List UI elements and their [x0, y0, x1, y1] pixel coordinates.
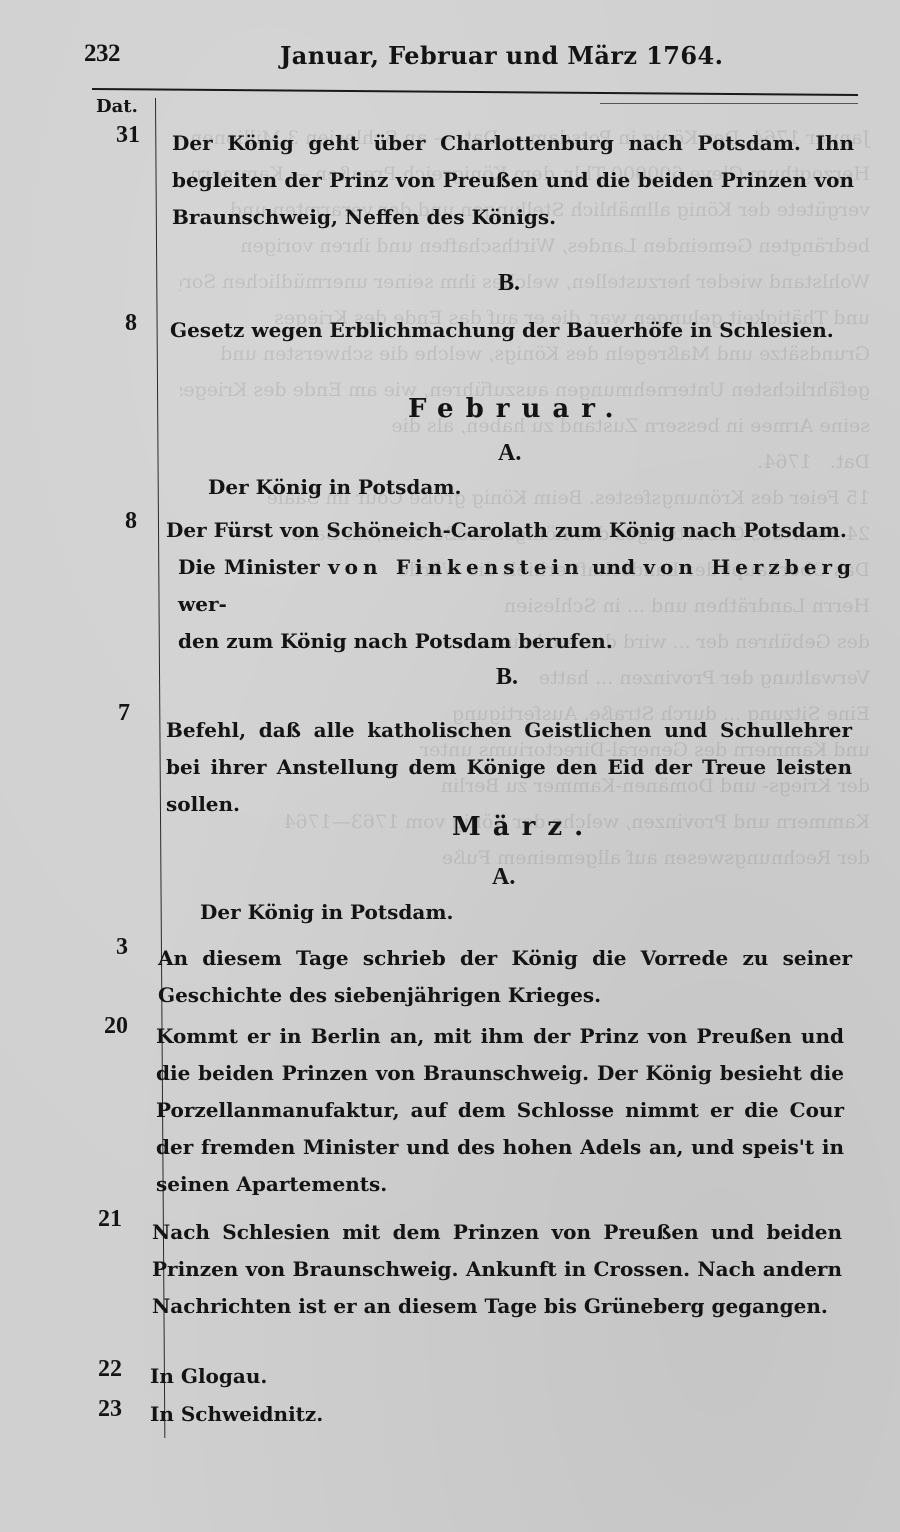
entry-text: In Glogau. — [150, 1358, 840, 1395]
entry-text-line: Der Fürst von Schöneich-Carolath zum Kön… — [166, 512, 856, 549]
person-name: von Herzberg — [643, 555, 856, 579]
page-header: 232 Januar, Februar und März 1764. — [84, 36, 856, 76]
section-letter-a: A. — [492, 864, 515, 891]
header-rule-thin — [600, 103, 858, 104]
person-name: von Finkenstein — [328, 555, 584, 579]
scanned-book-page: Januar 1764. Der König in Potsdam — Dat.… — [0, 0, 900, 1532]
entry-day: 7 — [80, 700, 130, 727]
entry-text-line: Die Minister von Finkenstein und von Her… — [166, 549, 856, 623]
entry-text: Der Fürst von Schöneich-Carolath zum Kön… — [166, 512, 856, 660]
entry-day: 8 — [87, 310, 137, 337]
entry-day: 31 — [90, 122, 140, 149]
entry-text: Kommt er in Berlin an, mit ihm der Prinz… — [156, 1018, 844, 1203]
entry-day: 8 — [87, 508, 137, 535]
entry-text: In Schweidnitz. — [150, 1396, 840, 1433]
entry-day: 22 — [72, 1356, 122, 1383]
entry-text: Der König geht über Charlottenburg nach … — [172, 125, 854, 236]
page-number: 232 — [84, 40, 120, 68]
entry-day: 3 — [78, 934, 128, 961]
section-subheading: Der König in Potsdam. — [208, 475, 461, 499]
section-letter-a: A. — [498, 440, 521, 467]
entry-day: 21 — [72, 1206, 122, 1233]
entry-day: 20 — [78, 1013, 128, 1040]
header-rule — [92, 88, 858, 96]
section-subheading: Der König in Potsdam. — [200, 900, 453, 924]
entry-text: An diesem Tage schrieb der König die Vor… — [158, 940, 852, 1014]
date-column-label: Dat. — [96, 96, 138, 117]
month-heading-februar: Februar. — [408, 394, 626, 424]
section-letter-b: B. — [496, 664, 518, 691]
entry-text: Nach Schlesien mit dem Prinzen von Preuß… — [152, 1214, 842, 1325]
month-heading-maerz: März. — [452, 812, 595, 842]
entry-day: 23 — [72, 1396, 122, 1423]
entry-text: Gesetz wegen Erblichmachung der Bauerhöf… — [170, 312, 860, 349]
entry-text: Befehl, daß alle katholischen Geistliche… — [166, 712, 852, 823]
section-letter-b: B. — [498, 270, 520, 297]
entry-text-line: den zum König nach Potsdam berufen. — [166, 623, 856, 660]
running-title: Januar, Februar und März 1764. — [280, 41, 723, 70]
